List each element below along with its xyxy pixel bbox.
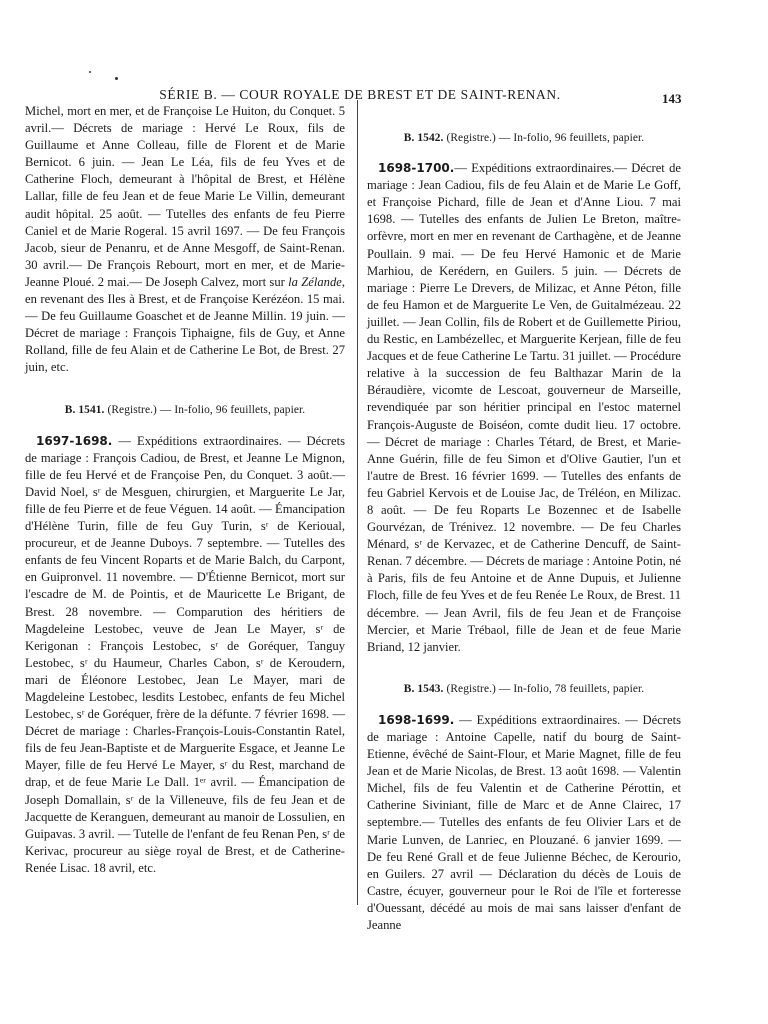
running-title: SÉRIE B. — COUR ROYALE DE BREST ET DE SA…: [140, 87, 580, 103]
entry-paragraph-1697-1698: 1697-1698. — Expéditions extraordinaires…: [25, 433, 345, 877]
register-description: (Registre.) — In-folio, 96 feuillets, pa…: [446, 132, 644, 144]
entry-dates: 1698-1700.: [378, 161, 454, 175]
column-divider: [357, 100, 358, 905]
left-column: Michel, mort en mer, et de Françoise Le …: [25, 103, 345, 877]
register-heading-b1542: B. 1542. (Registre.) — In-folio, 96 feui…: [367, 130, 681, 147]
continuation-paragraph: Michel, mort en mer, et de Françoise Le …: [25, 103, 345, 377]
register-heading-b1543: B. 1543. (Registre.) — In-folio, 78 feui…: [367, 681, 681, 698]
ship-name: la Zélande: [288, 275, 342, 289]
register-description: (Registre.) — In-folio, 78 feuillets, pa…: [446, 683, 644, 695]
print-speck: [89, 71, 91, 73]
register-id: B. 1541.: [65, 404, 105, 416]
register-id: B. 1543.: [404, 683, 444, 695]
entry-dates: 1697-1698.: [36, 434, 112, 448]
entry-paragraph-1698-1700: 1698-1700.— Expéditions extraordinaires.…: [367, 160, 681, 656]
register-description: (Registre.) — In-folio, 96 feuillets, pa…: [107, 404, 305, 416]
entry-dates: 1698-1699.: [378, 713, 454, 727]
register-heading-b1541: B. 1541. (Registre.) — In-folio, 96 feui…: [25, 402, 345, 419]
right-column: B. 1542. (Registre.) — In-folio, 96 feui…: [367, 148, 681, 934]
print-speck: [115, 77, 118, 80]
register-id: B. 1542.: [404, 132, 444, 144]
page-number: 143: [662, 91, 682, 107]
entry-paragraph-1698-1699: 1698-1699. — Expéditions extraordinaires…: [367, 712, 681, 934]
